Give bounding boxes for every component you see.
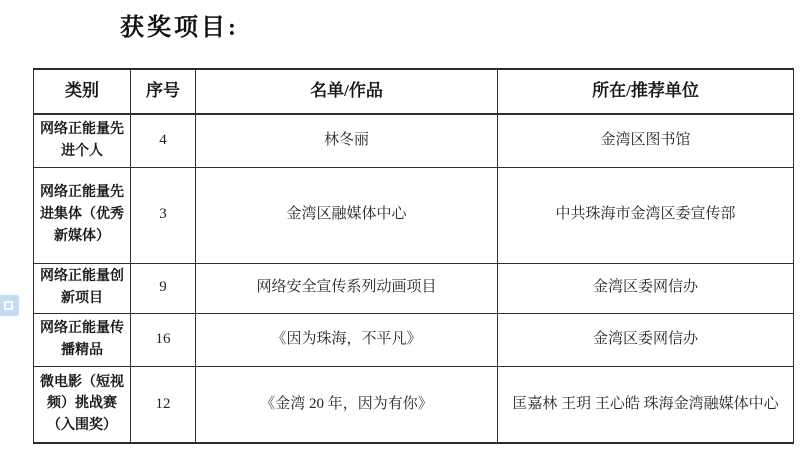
cell-no: 9 <box>131 263 196 313</box>
awards-table: 类别 序号 名单/作品 所在/推荐单位 网络正能量先进个人 4 林冬丽 金湾区图… <box>33 68 794 444</box>
cell-unit: 金湾区委网信办 <box>498 263 794 313</box>
cell-no: 16 <box>131 313 196 366</box>
table-row: 网络正能量创新项目 9 网络安全宣传系列动画项目 金湾区委网信办 <box>34 263 794 313</box>
cell-category: 微电影（短视频）挑战赛（入围奖） <box>34 366 131 443</box>
cell-unit: 中共珠海市金湾区委宣传部 <box>498 167 794 263</box>
table-header-row: 类别 序号 名单/作品 所在/推荐单位 <box>34 69 794 114</box>
cell-unit: 金湾区委网信办 <box>498 313 794 366</box>
table-row: 网络正能量先进集体（优秀新媒体） 3 金湾区融媒体中心 中共珠海市金湾区委宣传部 <box>34 167 794 263</box>
cell-work: 林冬丽 <box>196 114 498 167</box>
cell-unit: 匡嘉林 王玥 王心皓 珠海金湾融媒体中心 <box>498 366 794 443</box>
cell-work: 网络安全宣传系列动画项目 <box>196 263 498 313</box>
watermark-badge-icon <box>0 295 19 316</box>
header-cell-unit: 所在/推荐单位 <box>498 69 794 114</box>
cell-work: 金湾区融媒体中心 <box>196 167 498 263</box>
header-cell-category: 类别 <box>34 69 131 114</box>
document-page: 获奖项目: 类别 序号 名单/作品 所在/推荐单位 网络正能量先进个人 4 林冬… <box>0 0 800 463</box>
cell-no: 12 <box>131 366 196 443</box>
cell-category: 网络正能量先进个人 <box>34 114 131 167</box>
cell-no: 3 <box>131 167 196 263</box>
cell-work: 《因为珠海，不平凡》 <box>196 313 498 366</box>
page-title: 获奖项目: <box>120 7 239 42</box>
table-row: 网络正能量传播精品 16 《因为珠海，不平凡》 金湾区委网信办 <box>34 313 794 366</box>
cell-unit: 金湾区图书馆 <box>498 114 794 167</box>
table-row: 微电影（短视频）挑战赛（入围奖） 12 《金湾 20 年，因为有你》 匡嘉林 王… <box>34 366 794 443</box>
cell-no: 4 <box>131 114 196 167</box>
cell-category: 网络正能量传播精品 <box>34 313 131 366</box>
watermark-glyph-icon <box>4 301 13 310</box>
cell-work: 《金湾 20 年，因为有你》 <box>196 366 498 443</box>
cell-category: 网络正能量先进集体（优秀新媒体） <box>34 167 131 263</box>
header-cell-work: 名单/作品 <box>196 69 498 114</box>
header-cell-no: 序号 <box>131 69 196 114</box>
cell-category: 网络正能量创新项目 <box>34 263 131 313</box>
table-row: 网络正能量先进个人 4 林冬丽 金湾区图书馆 <box>34 114 794 167</box>
